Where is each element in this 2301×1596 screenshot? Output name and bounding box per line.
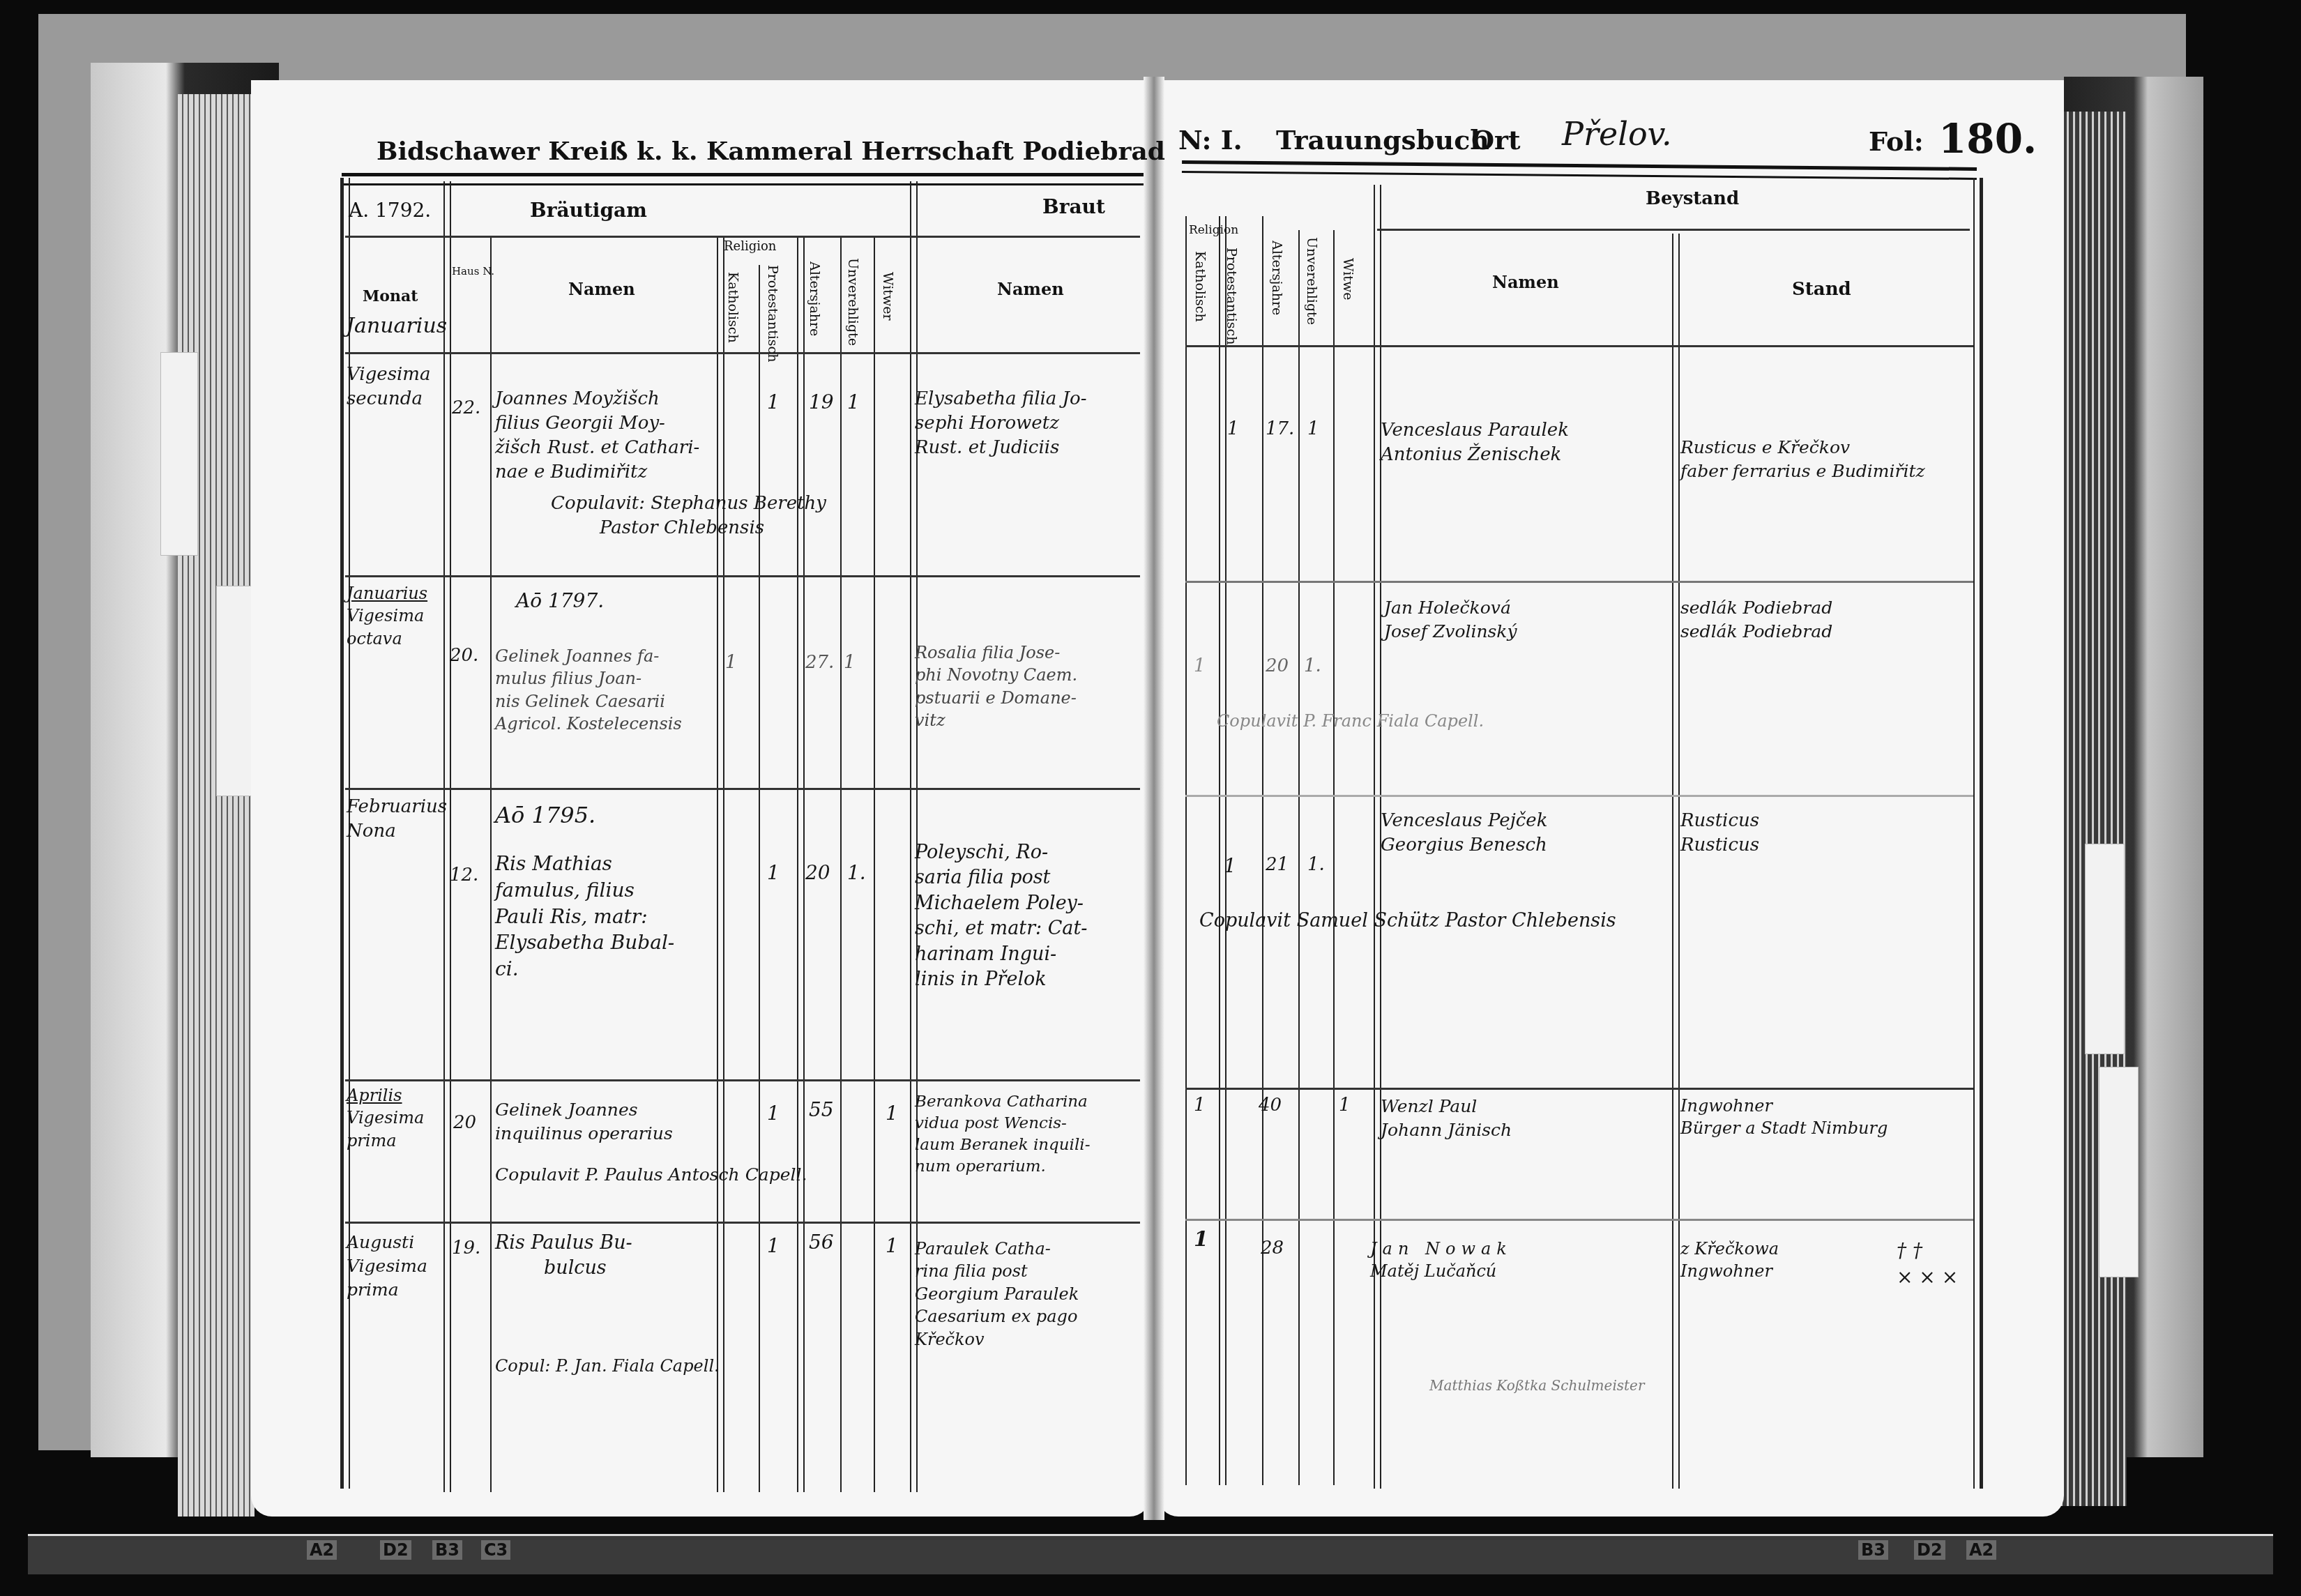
religion-header: Religion bbox=[724, 239, 776, 254]
register-number: N: I. bbox=[1178, 124, 1243, 155]
year-label: A. 1792. bbox=[349, 199, 431, 222]
age-header: Altersjahre bbox=[807, 261, 822, 338]
bookmark-tab bbox=[2099, 1067, 2139, 1277]
catholic-header: Katholisch bbox=[1192, 251, 1208, 335]
entry-date: Vigesimasecunda bbox=[347, 363, 430, 411]
bride-details: Poleyschi, Ro-saria filia postMichaelem … bbox=[915, 840, 1087, 993]
groom-catholic-mark: 1 bbox=[767, 1234, 780, 1257]
groom-unmarried-mark: 1 bbox=[844, 652, 856, 673]
catholic-header: Katholisch bbox=[725, 272, 741, 349]
entry-date: FebruariusNona bbox=[347, 795, 447, 844]
entry-date: AprilisVigesimaprima bbox=[347, 1084, 424, 1152]
row-rule bbox=[345, 1079, 1140, 1081]
witness-names: Jan NowakMatěj Lučaňcú bbox=[1370, 1238, 1512, 1283]
bride-details: Paraulek Catha-rina filia postGeorgium P… bbox=[915, 1238, 1079, 1351]
table-border bbox=[1973, 178, 1983, 1489]
film-label: B3 bbox=[1858, 1540, 1888, 1560]
bride-unmarried-mark: 1. bbox=[1307, 854, 1325, 875]
left-running-head: Bidschawer Kreiß k. k. Kammeral Herrscha… bbox=[377, 137, 1165, 166]
unmarried-header: Unverehligte bbox=[845, 258, 860, 342]
book-gutter bbox=[1144, 77, 1164, 1520]
witness-status: sedlák Podiebradsedlák Podiebrad bbox=[1680, 596, 1832, 644]
groom-details: Gelinek Joannesinquilinus operarius bbox=[495, 1098, 673, 1146]
bride-age: 28 bbox=[1261, 1238, 1284, 1259]
witness-names: Venceslaus ParaulekAntonius Ženischek bbox=[1381, 418, 1569, 467]
bride-catholic-mark: 1 bbox=[1194, 655, 1206, 676]
bride-details: Elysabetha filia Jo-sephi HorowetzRust. … bbox=[915, 387, 1086, 460]
widower-header: Witwer bbox=[880, 272, 895, 328]
groom-age: 56 bbox=[809, 1231, 834, 1254]
groom-details: Gelinek Joannes fa-mulus filius Joan-nis… bbox=[495, 645, 682, 736]
column-divider bbox=[1298, 230, 1300, 1485]
film-strip: A2 D2 B3 C3 B3 D2 A2 bbox=[28, 1534, 2273, 1574]
film-label: B3 bbox=[432, 1540, 462, 1560]
column-divider bbox=[840, 237, 842, 1492]
witness-names: Wenzl PaulJohann Jänisch bbox=[1381, 1095, 1512, 1142]
groom-header: Bräutigam bbox=[530, 199, 647, 222]
row-rule bbox=[345, 575, 1140, 577]
row-rule bbox=[345, 236, 1140, 238]
column-divider bbox=[1262, 216, 1263, 1485]
bride-unmarried-mark: 1 bbox=[1307, 418, 1319, 439]
row-rule bbox=[1377, 229, 1970, 231]
column-divider bbox=[1185, 216, 1187, 1485]
bride-header: Braut bbox=[1042, 195, 1105, 218]
officiant-note: Copulavit P. Paulus Antosch Capell. bbox=[495, 1164, 807, 1185]
column-divider bbox=[1672, 234, 1680, 1489]
bride-age: 17. bbox=[1266, 418, 1294, 439]
officiant-note: Copulavit: Stephanus BerethyPastor Chleb… bbox=[551, 492, 826, 540]
film-label: A2 bbox=[307, 1540, 337, 1560]
groom-age: 19 bbox=[809, 390, 834, 413]
bride-age: 40 bbox=[1259, 1095, 1282, 1116]
folio-number: 180. bbox=[1938, 115, 2037, 162]
column-divider bbox=[717, 237, 724, 1492]
witness-status: RusticusRusticus bbox=[1680, 809, 1759, 858]
witness-names: Jan HolečkováJosef Zvolinský bbox=[1384, 596, 1517, 644]
age-header: Altersjahre bbox=[1269, 241, 1284, 331]
bride-age: 21 bbox=[1266, 854, 1289, 875]
officiant-note: Copulavit Samuel Schütz Pastor Chlebensi… bbox=[1199, 910, 1616, 932]
witness-names: Venceslaus PejčekGeorgius Benesch bbox=[1381, 809, 1547, 858]
row-rule bbox=[1185, 581, 1973, 583]
row-rule bbox=[345, 788, 1140, 790]
officiant-note: Copulavit P. Franc Fiala Capell. bbox=[1217, 711, 1484, 731]
groom-unmarried-mark: 1 bbox=[847, 390, 860, 413]
groom-protestant-mark: 1 bbox=[767, 861, 780, 884]
unmarried-header: Unverehligte bbox=[1304, 237, 1319, 328]
row-rule bbox=[1185, 795, 1973, 797]
place-name: Přelov. bbox=[1562, 115, 1672, 153]
bride-details: Berankova Catharinavidua post Wencis-lau… bbox=[915, 1091, 1090, 1178]
witness-status: Rusticus e Křečkovfaber ferrarius e Budi… bbox=[1680, 436, 1925, 483]
house-number: 20. bbox=[450, 645, 478, 666]
year-note: Aō 1797. bbox=[516, 589, 604, 612]
row-rule bbox=[345, 1222, 1140, 1224]
groom-details: Ris Paulus Bu-bulcus bbox=[495, 1231, 632, 1282]
groom-details: Ris Mathiasfamulus, filiusPauli Ris, mat… bbox=[495, 851, 674, 982]
row-rule bbox=[1185, 1088, 1973, 1090]
column-divider bbox=[1333, 230, 1335, 1485]
entry-date: AugustiVigesimaprima bbox=[347, 1231, 427, 1301]
protestant-header: Protestantisch bbox=[765, 265, 780, 349]
folio-label: Fol: bbox=[1869, 126, 1924, 157]
groom-details: Joannes Moyžišchfilius Georgii Moy-žišch… bbox=[495, 387, 699, 485]
column-divider bbox=[490, 237, 492, 1492]
witness-status-header: Stand bbox=[1792, 279, 1851, 300]
house-number: 20 bbox=[453, 1112, 476, 1133]
bride-widow-mark: 1 bbox=[1339, 1095, 1351, 1116]
groom-widower-mark: 1 bbox=[886, 1234, 898, 1257]
bride-age: 20 bbox=[1266, 655, 1289, 676]
bookmark-tab bbox=[2085, 844, 2125, 1054]
bride-unmarried-mark: 1. bbox=[1304, 655, 1321, 676]
bookmark-tab bbox=[160, 352, 198, 556]
footnote: Matthias Koßtka Schulmeister bbox=[1429, 1377, 1645, 1394]
year-note: Aō 1795. bbox=[495, 802, 595, 828]
bride-details: Rosalia filia Jose-phi Novotny Caem.pstu… bbox=[915, 641, 1077, 732]
month-value: Januarius bbox=[346, 314, 447, 338]
widow-header: Witwe bbox=[1340, 258, 1355, 321]
bride-catholic-mark: 1 bbox=[1194, 1095, 1206, 1116]
officiant-note: Copul: P. Jan. Fiala Capell. bbox=[495, 1356, 720, 1376]
column-divider bbox=[759, 265, 760, 1492]
groom-age: 27. bbox=[805, 652, 834, 673]
protestant-header: Protestantisch bbox=[1224, 248, 1239, 338]
groom-names-header: Namen bbox=[568, 279, 635, 299]
house-number: 19. bbox=[452, 1238, 480, 1259]
entry-date: JanuariusVigesimaoctava bbox=[347, 582, 427, 650]
bride-protestant-mark: 1 bbox=[1224, 854, 1236, 877]
row-rule bbox=[1185, 345, 1973, 347]
house-number: 12. bbox=[450, 865, 478, 886]
groom-protestant-mark: 1 bbox=[767, 390, 780, 413]
column-divider bbox=[1219, 216, 1227, 1485]
bookmark-tab bbox=[216, 586, 252, 796]
groom-widower-mark: 1 bbox=[886, 1102, 898, 1125]
place-label: Ort bbox=[1471, 124, 1521, 155]
register-title: Trauungsbuch bbox=[1276, 124, 1489, 155]
header-double-rule bbox=[342, 173, 1144, 185]
column-divider bbox=[797, 237, 805, 1492]
groom-catholic-mark: 1 bbox=[767, 1102, 780, 1125]
bride-protestant-mark: 1 bbox=[1227, 418, 1239, 439]
row-rule bbox=[1185, 1219, 1973, 1221]
religion-header: Religion bbox=[1189, 223, 1238, 237]
groom-age: 20 bbox=[805, 861, 830, 884]
film-label: D2 bbox=[380, 1540, 411, 1560]
month-header: Monat bbox=[363, 287, 418, 305]
bride-names-header: Namen bbox=[997, 279, 1064, 299]
column-divider bbox=[874, 237, 875, 1492]
witness-marks: † †× × × bbox=[1897, 1238, 1958, 1291]
house-number: 22. bbox=[452, 397, 480, 418]
film-label: A2 bbox=[1966, 1540, 1996, 1560]
right-page bbox=[1157, 80, 2064, 1517]
witness-status: z KřečkowaIngwohner bbox=[1680, 1238, 1779, 1283]
witnesses-header: Beystand bbox=[1646, 188, 1739, 209]
witness-status: IngwohnerBürger a Stadt Nimburg bbox=[1680, 1095, 1888, 1140]
groom-unmarried-mark: 1. bbox=[847, 861, 866, 884]
row-rule bbox=[345, 352, 1140, 354]
groom-age: 55 bbox=[809, 1098, 834, 1121]
witness-names-header: Namen bbox=[1492, 272, 1559, 292]
page-stack-left bbox=[178, 94, 255, 1517]
house-number-header: Haus N. bbox=[452, 265, 494, 278]
groom-catholic-mark: 1 bbox=[725, 652, 737, 673]
bride-catholic-mark: 1 bbox=[1194, 1227, 1208, 1252]
film-label: C3 bbox=[481, 1540, 510, 1560]
film-label: D2 bbox=[1914, 1540, 1945, 1560]
